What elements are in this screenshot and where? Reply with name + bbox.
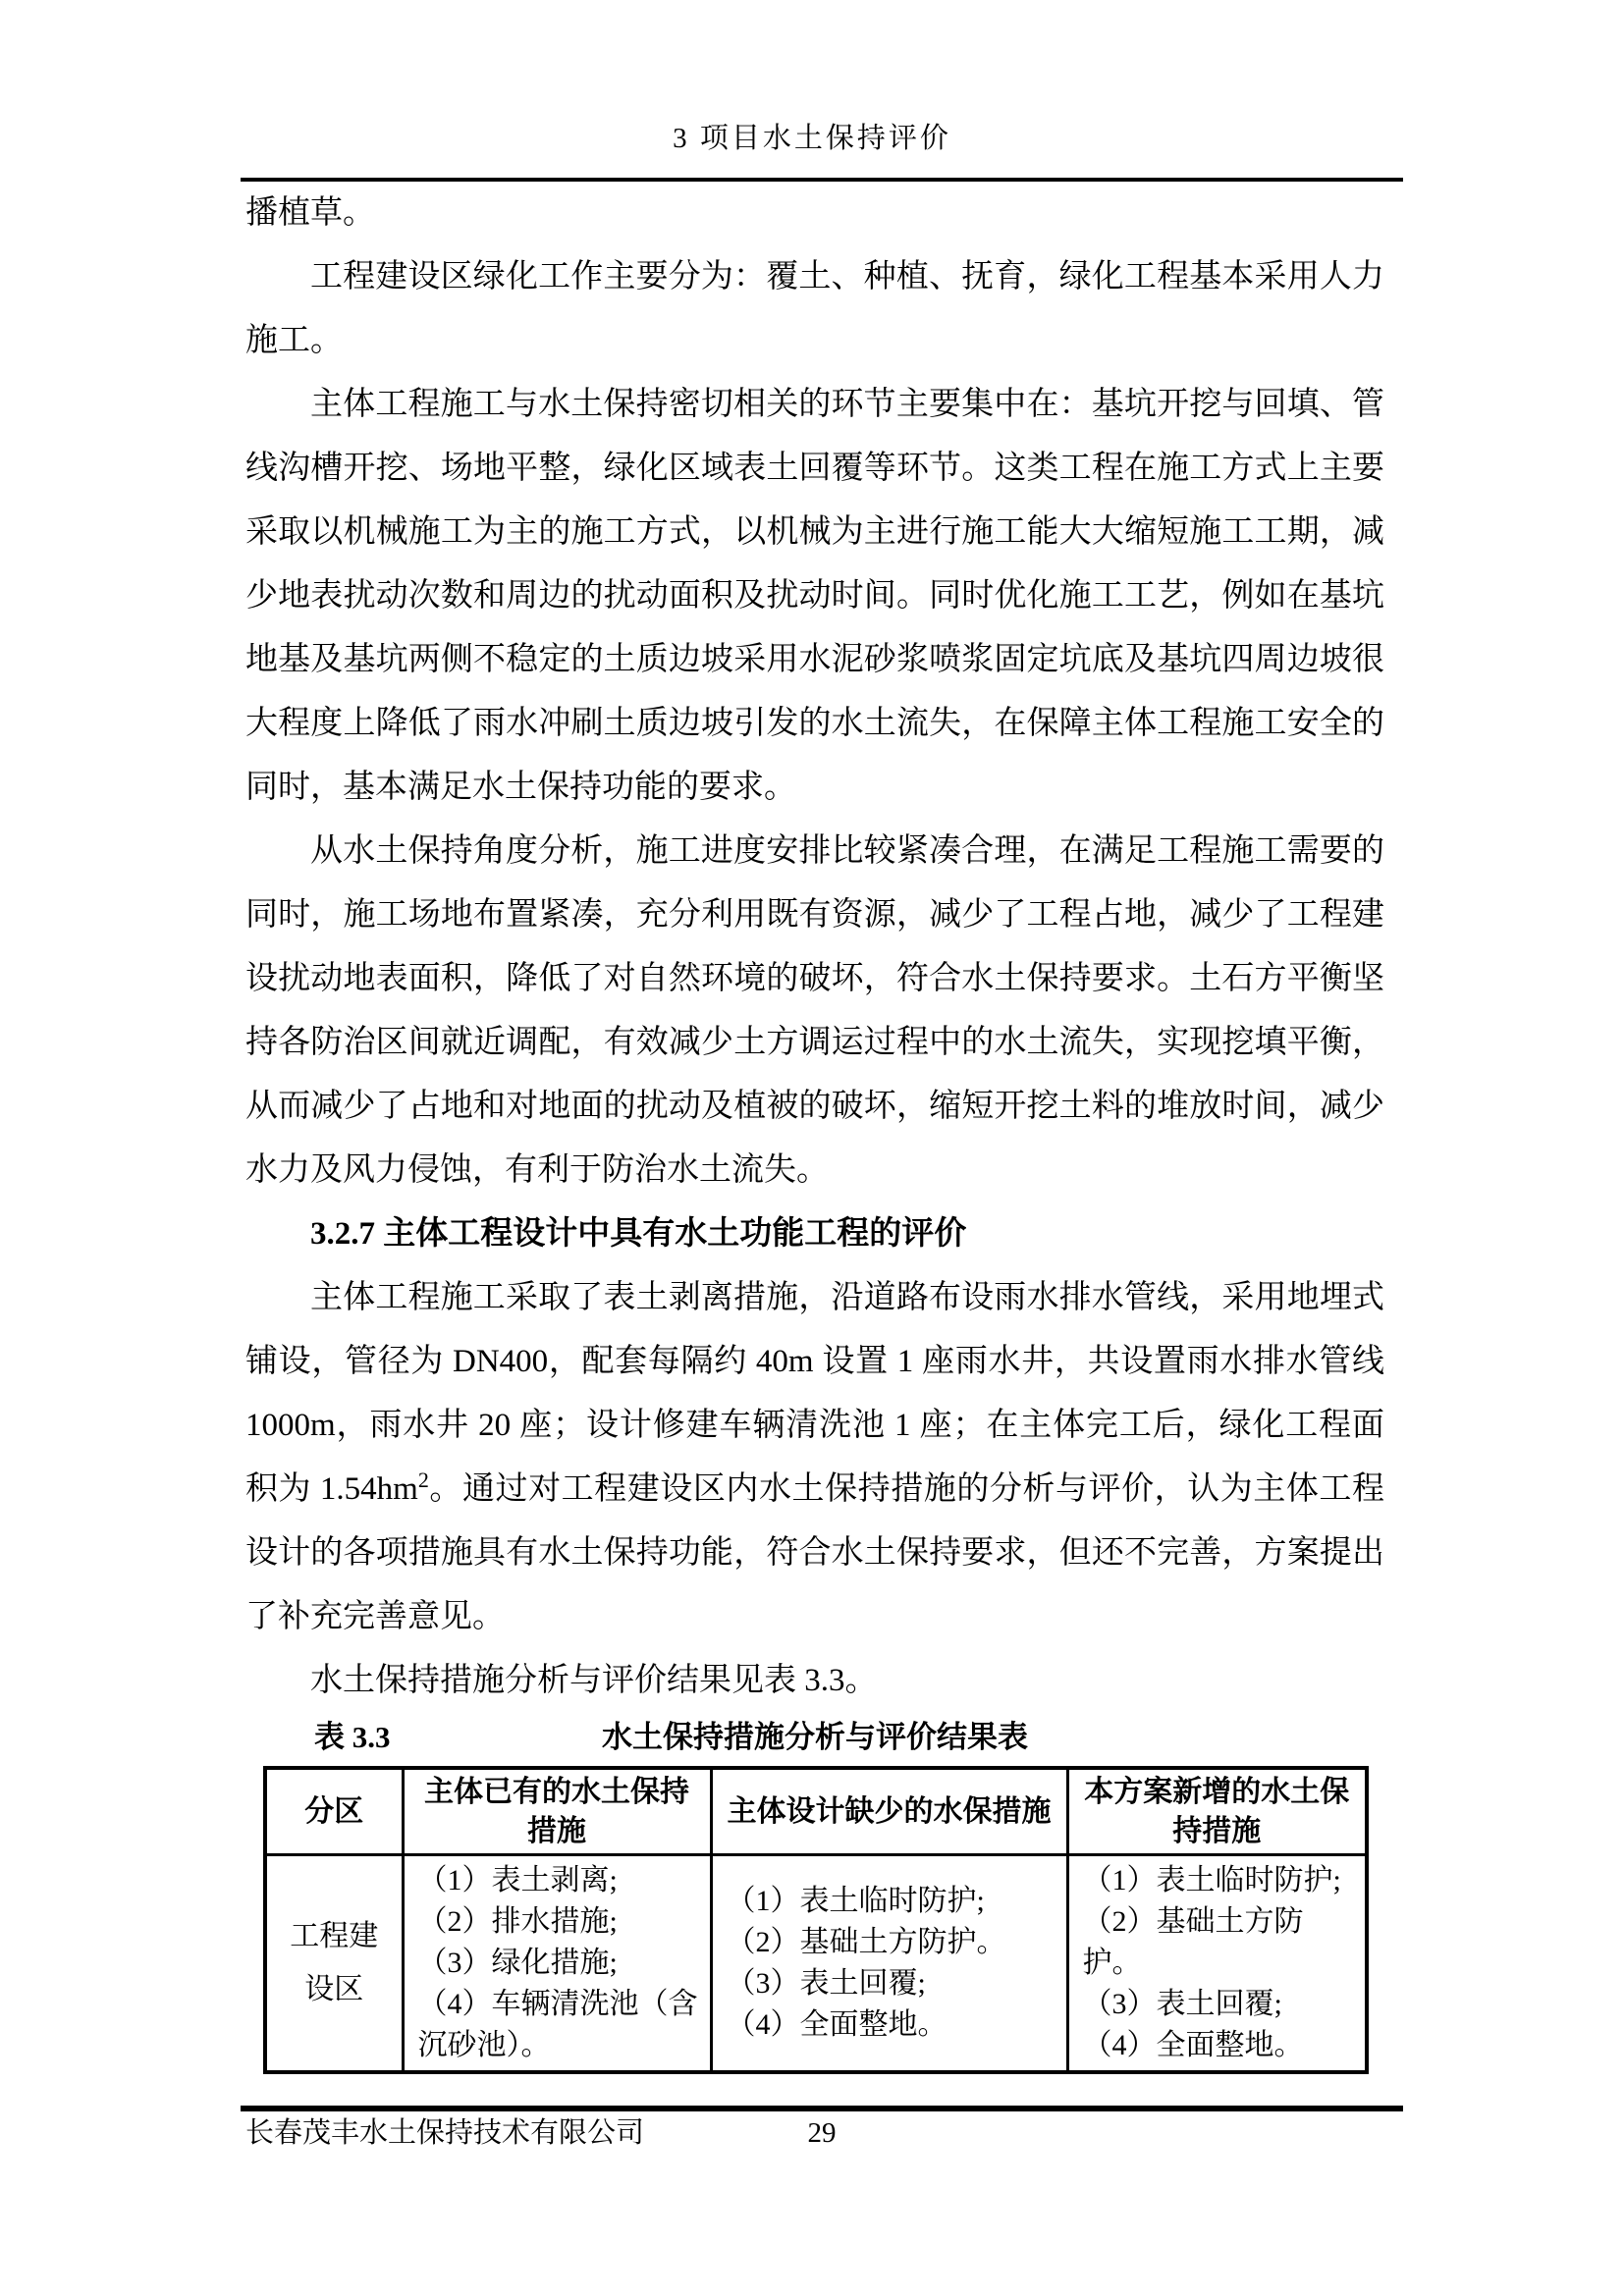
table-caption: 表 3.3 水土保持措施分析与评价结果表 — [245, 1713, 1384, 1762]
footer-company-name: 长春茂丰水土保持技术有限公司 — [245, 2115, 644, 2151]
existing-measures-cell: （1）表土剥离; （2）排水措施; （3）绿化措施; （4）车辆清洗池（含沉砂池… — [403, 1855, 711, 2073]
column-header-zone: 分区 — [265, 1768, 403, 1855]
table-caption-title: 水土保持措施分析与评价结果表 — [602, 1720, 1028, 1754]
column-header-existing-measures: 主体已有的水土保持措施 — [403, 1768, 711, 1855]
table-caption-label: 表 3.3 — [314, 1713, 391, 1762]
section-heading: 3.2.7 主体工程设计中具有水土功能工程的评价 — [245, 1202, 1384, 1266]
footer-divider — [241, 2106, 1403, 2111]
table-row: 工程建设区 （1）表土剥离; （2）排水措施; （3）绿化措施; （4）车辆清洗… — [265, 1855, 1367, 2073]
measures-table: 分区 主体已有的水土保持措施 主体设计缺少的水保措施 本方案新增的水土保持措施 … — [263, 1766, 1369, 2074]
paragraph-main-construction: 主体工程施工与水土保持密切相关的环节主要集中在：基坑开挖与回填、管线沟槽开挖、场… — [245, 373, 1384, 820]
column-header-missing-measures: 主体设计缺少的水保措施 — [711, 1768, 1067, 1855]
column-header-new-measures: 本方案新增的水土保持措施 — [1067, 1768, 1367, 1855]
paragraph-design-evaluation: 主体工程施工采取了表土剥离措施，沿道路布设雨水排水管线，采用地埋式铺设，管径为 … — [245, 1266, 1384, 1649]
paragraph-greening: 工程建设区绿化工作主要分为：覆土、种植、抚育，绿化工程基本采用人力施工。 — [245, 245, 1384, 373]
footer-row: 长春茂丰水土保持技术有限公司 29 — [241, 2115, 1403, 2151]
running-header-title: 3 项目水土保持评价 — [0, 0, 1624, 155]
body-content: 播植草。 工程建设区绿化工作主要分为：覆土、种植、抚育，绿化工程基本采用人力施工… — [245, 182, 1384, 1713]
table-header-row: 分区 主体已有的水土保持措施 主体设计缺少的水保措施 本方案新增的水土保持措施 — [265, 1768, 1367, 1855]
document-page: 3 项目水土保持评价 播植草。 工程建设区绿化工作主要分为：覆土、种植、抚育，绿… — [0, 0, 1624, 2296]
missing-measures-cell: （1）表土临时防护; （2）基础土方防护。 （3）表土回覆; （4）全面整地。 — [711, 1855, 1067, 2073]
superscript-exponent: 2 — [418, 1468, 429, 1492]
paragraph-table-reference: 水土保持措施分析与评价结果见表 3.3。 — [245, 1649, 1384, 1713]
continuation-line: 播植草。 — [245, 182, 1384, 245]
new-measures-cell: （1）表土临时防护; （2）基础土方防护。 （3）表土回覆; （4）全面整地。 — [1067, 1855, 1367, 2073]
page-footer: 长春茂丰水土保持技术有限公司 29 — [241, 2106, 1403, 2151]
zone-cell: 工程建设区 — [265, 1855, 403, 2073]
paragraph-schedule: 从水土保持角度分析，施工进度安排比较紧凑合理，在满足工程施工需要的同时，施工场地… — [245, 820, 1384, 1202]
